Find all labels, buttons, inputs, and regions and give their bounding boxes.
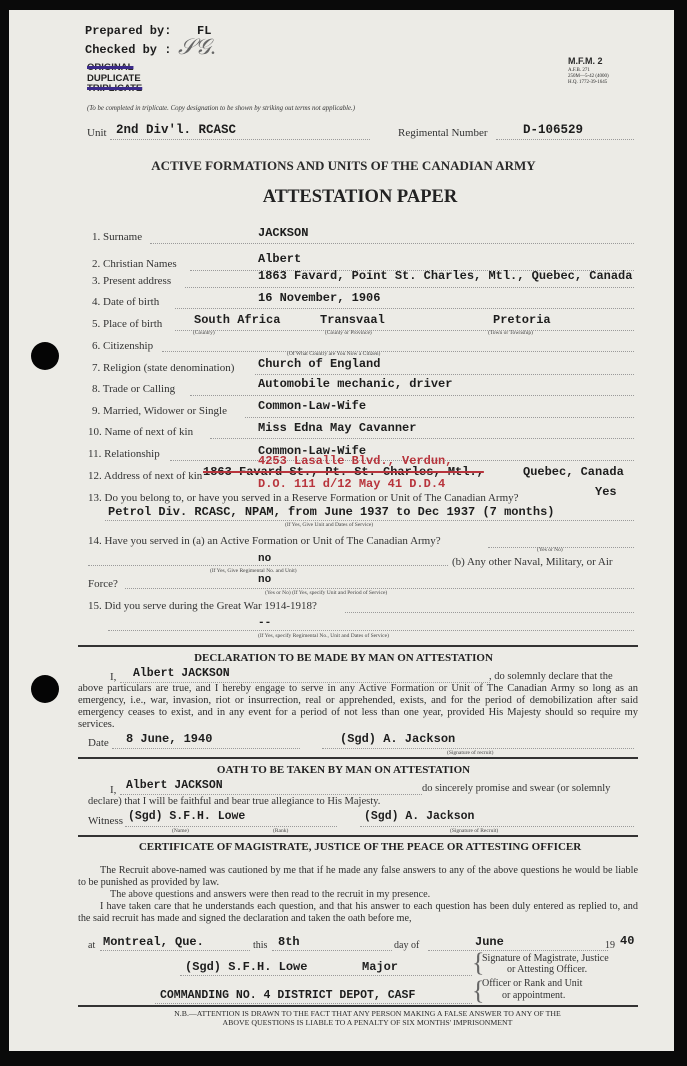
reserve-service-answer: Yes [595,485,617,499]
great-war-answer: -- [258,617,271,629]
officer-signature: (Sgd) S.F.H. Lowe [185,960,307,974]
oath-text-line2: declare) that I will be faithful and bea… [88,796,380,807]
appointment-caption-1: Officer or Rank and Unit [482,978,582,989]
birth-province-value: Transvaal [320,313,385,327]
oath-recruit-signature-caption: (Signature of Recruit) [450,828,498,834]
next-of-kin-address-tail: Quebec, Canada [523,465,624,479]
penalty-notice-line-2: ABOVE QUESTIONS IS LIABLE TO A PENALTY O… [0,1018,687,1027]
next-of-kin-address-label: 12. Address of next of kin [88,470,202,482]
certificate-year-prefix: 19 [605,940,615,951]
citizenship-label: 6. Citizenship [92,340,153,352]
declaration-date-label: Date [88,737,109,749]
trade-value: Automobile mechanic, driver [258,377,452,391]
christian-names-label: 2. Christian Names [92,258,177,270]
birth-country-caption: (Country) [193,330,215,336]
religion-label: 7. Religion (state denomination) [92,362,234,374]
certificate-heading: CERTIFICATE OF MAGISTRATE, JUSTICE OF TH… [0,841,687,853]
witness-rank-caption: (Rank) [273,828,288,834]
certificate-para-2: The above questions and answers were the… [110,889,430,900]
certificate-this-label: this [253,940,267,951]
unit-label: Unit [87,127,107,139]
oath-name: Albert JACKSON [126,779,223,792]
form-title: ATTESTATION PAPER [0,187,687,208]
regimental-number-label: Regimental Number [398,127,488,139]
section-divider [78,835,638,837]
oath-recruit-signature: (Sgd) A. Jackson [364,810,474,823]
oath-text-tail: do sincerely promise and swear (or solem… [422,783,610,794]
officer-rank: Major [362,960,398,974]
penalty-notice-line-1: N.B.—ATTENTION IS DRAWN TO THE FACT THAT… [0,1009,687,1018]
religion-value: Church of England [258,357,380,371]
active-service-answer-a: no [258,553,271,565]
active-service-caption-b: (Yes or No) (If Yes, specify Unit and Pe… [265,590,387,596]
witness-signature: (Sgd) S.F.H. Lowe [128,810,245,823]
reserve-service-label: 13. Do you belong to, or have you served… [88,492,519,504]
certificate-at-label: at [88,940,95,951]
punch-hole-upper [31,342,59,370]
declaration-heading: DECLARATION TO BE MADE BY MAN ON ATTESTA… [0,652,687,664]
birth-province-caption: (County or Province) [325,330,372,336]
section-divider [78,1005,638,1007]
other-service-force-label: Force? [88,578,118,590]
next-of-kin-label: 10. Name of next of kin [88,426,193,438]
surname-value: JACKSON [258,226,308,240]
relationship-label: 11. Relationship [88,448,160,460]
place-of-birth-label: 5. Place of birth [92,318,162,330]
witness-label: Witness [88,815,123,827]
triplicate-instruction: (To be completed in triplicate. Copy des… [87,105,355,112]
signature-caption-1: Signature of Magistrate, Justice [482,953,609,964]
copy-triplicate-struck: TRIPLICATE [87,83,142,94]
birth-country-value: South Africa [194,313,280,327]
form-ref-2: 250M—5-42 (4000) [568,74,609,79]
declaration-text-tail: , do solemnly declare that the [489,671,613,682]
appointment-caption-2: or appointment. [502,990,565,1001]
certificate-para-1: The Recruit above-named was cautioned by… [78,865,638,889]
great-war-caption: (If Yes, specify Regimental No., Unit an… [258,633,389,639]
birth-town-value: Pretoria [493,313,551,327]
christian-names-value: Albert [258,252,301,266]
other-service-label: (b) Any other Naval, Military, or Air [452,556,613,568]
active-service-label: 14. Have you served in (a) an Active For… [88,535,441,547]
checked-by-signature: 𝒮𝒢. [178,34,216,60]
certificate-place: Montreal, Que. [103,935,204,949]
present-address-value: 1863 Favard, Point St. Charles, Mtl., Qu… [258,269,632,283]
copy-original-struck: ORIGINAL [87,62,133,73]
declaration-name: Albert JACKSON [133,667,230,680]
punch-hole-lower [31,675,59,703]
certificate-day-of-label: day of [394,940,419,951]
surname-label: 1. Surname [92,231,142,243]
present-address-label: 3. Present address [92,275,171,287]
great-war-label: 15. Did you serve during the Great War 1… [88,600,317,612]
certificate-day: 8th [278,935,300,949]
next-of-kin-value: Miss Edna May Cavanner [258,421,416,435]
officer-appointment: COMMANDING NO. 4 DISTRICT DEPOT, CASF [160,989,415,1002]
declaration-i-label: I, [110,671,116,683]
declaration-text: above particulars are true, and I hereby… [78,683,638,731]
witness-name-caption: (Name) [172,828,189,834]
declaration-signature-caption: (Signature of recruit) [447,750,493,756]
reserve-service-caption: (If Yes, Give Unit and Dates of Service) [285,522,373,528]
active-service-yes-no-caption: (Yes or No) [537,547,563,553]
form-subtitle: ACTIVE FORMATIONS AND UNITS OF THE CANAD… [0,158,687,174]
date-of-birth-label: 4. Date of birth [92,296,159,308]
date-of-birth-value: 16 November, 1906 [258,291,380,305]
regimental-number-value: D-106529 [523,123,583,137]
certificate-para-3: I have taken care that he understands ea… [78,901,638,925]
prepared-by-label: Prepared by: [85,24,171,38]
checked-by-label: Checked by : [85,43,171,57]
form-ref-3: H.Q. 1772-39-1645 [568,80,607,85]
reserve-service-details: Petrol Div. RCASC, NPAM, from June 1937 … [108,505,554,519]
section-divider [78,757,638,759]
unit-value: 2nd Div'l. RCASC [116,123,236,137]
declaration-recruit-signature: (Sgd) A. Jackson [340,732,455,746]
oath-heading: OATH TO BE TAKEN BY MAN ON ATTESTATION [0,764,687,776]
trade-label: 8. Trade or Calling [92,383,175,395]
signature-caption-2: or Attesting Officer. [507,964,587,975]
declaration-date-value: 8 June, 1940 [126,732,212,746]
section-divider [78,645,638,647]
certificate-year-suffix: 40 [620,934,634,948]
oath-i-label: I, [110,784,116,796]
active-service-answer-b: no [258,574,271,586]
birth-town-caption: (Town or Township) [488,330,533,336]
form-code: M.F.M. 2 [568,56,603,66]
address-amendment-note: D.O. 111 d/12 May 41 D.D.4 [258,477,445,491]
active-service-caption-a: (If Yes, Give Regimental No. and Unit) [210,568,297,574]
form-ref-1: A.F.B. 271 [568,68,590,73]
marital-status-value: Common-Law-Wife [258,399,366,413]
marital-status-label: 9. Married, Widower or Single [92,405,227,417]
certificate-month: June [475,935,504,949]
